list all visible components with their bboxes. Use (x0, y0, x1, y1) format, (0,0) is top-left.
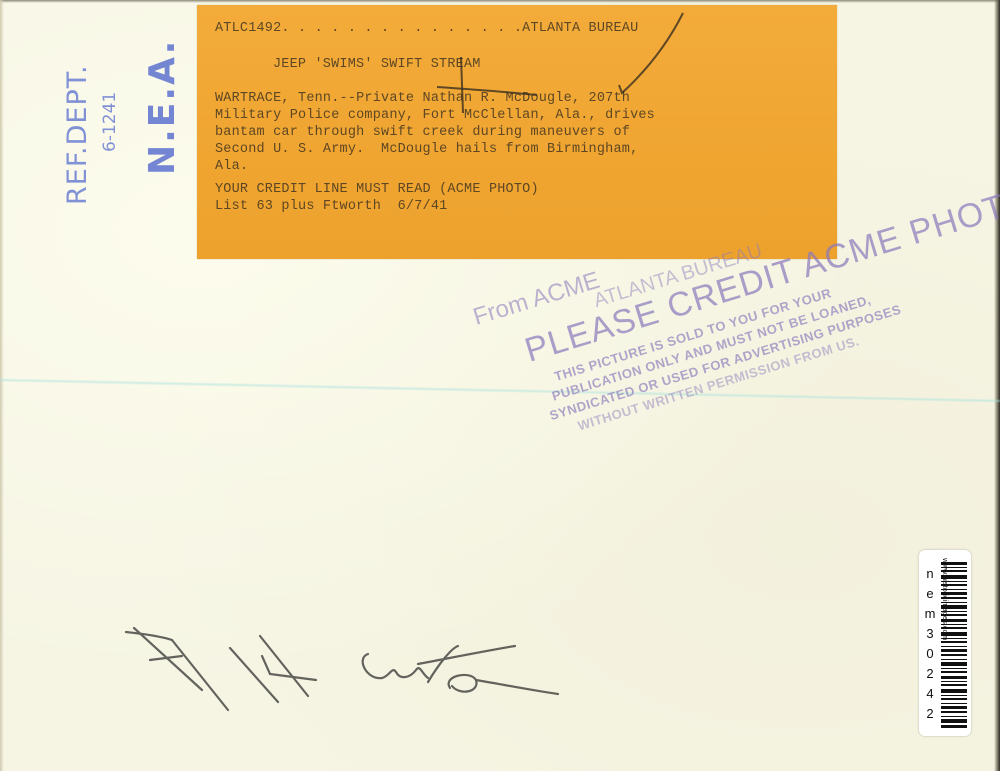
caption-body-line: bantam car through swift creek during ma… (215, 125, 630, 140)
barcode-bars-icon (941, 562, 967, 728)
barcode-char: 2 (924, 704, 936, 724)
handwritten-note-a14-auto (120, 618, 570, 718)
ref-date-stamp: 6-1241 (100, 92, 120, 152)
barcode-char: n (924, 564, 936, 584)
paper-edge-left (0, 0, 4, 771)
paper-edge-right (994, 0, 1000, 771)
nea-stamp: N.E.A. (142, 39, 183, 175)
barcode-char: 0 (924, 644, 936, 664)
barcode-char: 4 (924, 684, 936, 704)
paper-edge-top (0, 0, 1000, 3)
caption-id-line: ATLC1492. . . . . . . . . . . . . . .ATL… (215, 21, 638, 36)
caption-body-line: Military Police company, Fort McClellan,… (215, 108, 655, 123)
caption-slip: ATLC1492. . . . . . . . . . . . . . .ATL… (197, 5, 837, 259)
barcode-char: 2 (924, 664, 936, 684)
caption-body-line: Second U. S. Army. McDougle hails from B… (215, 142, 638, 157)
caption-body-line: Ala. (215, 159, 248, 174)
caption-list-line: List 63 plus Ftworth 6/7/41 (215, 199, 447, 214)
caption-title: JEEP 'SWIMS' SWIFT STREAM (273, 57, 481, 72)
barcode-char: e (924, 584, 936, 604)
barcode-char: m (924, 604, 936, 624)
caption-body-line: WARTRACE, Tenn.--Private Nathan R. McDou… (215, 91, 630, 106)
barcode-id-chars: n e m 3 0 2 4 2 (924, 564, 936, 724)
barcode-label: n e m 3 0 2 4 2 www.historicimages.com (919, 550, 971, 736)
barcode-char: 3 (924, 624, 936, 644)
ref-dept-stamp: REF.DEPT. (62, 64, 93, 205)
caption-credit-line: YOUR CREDIT LINE MUST READ (ACME PHOTO) (215, 182, 539, 197)
